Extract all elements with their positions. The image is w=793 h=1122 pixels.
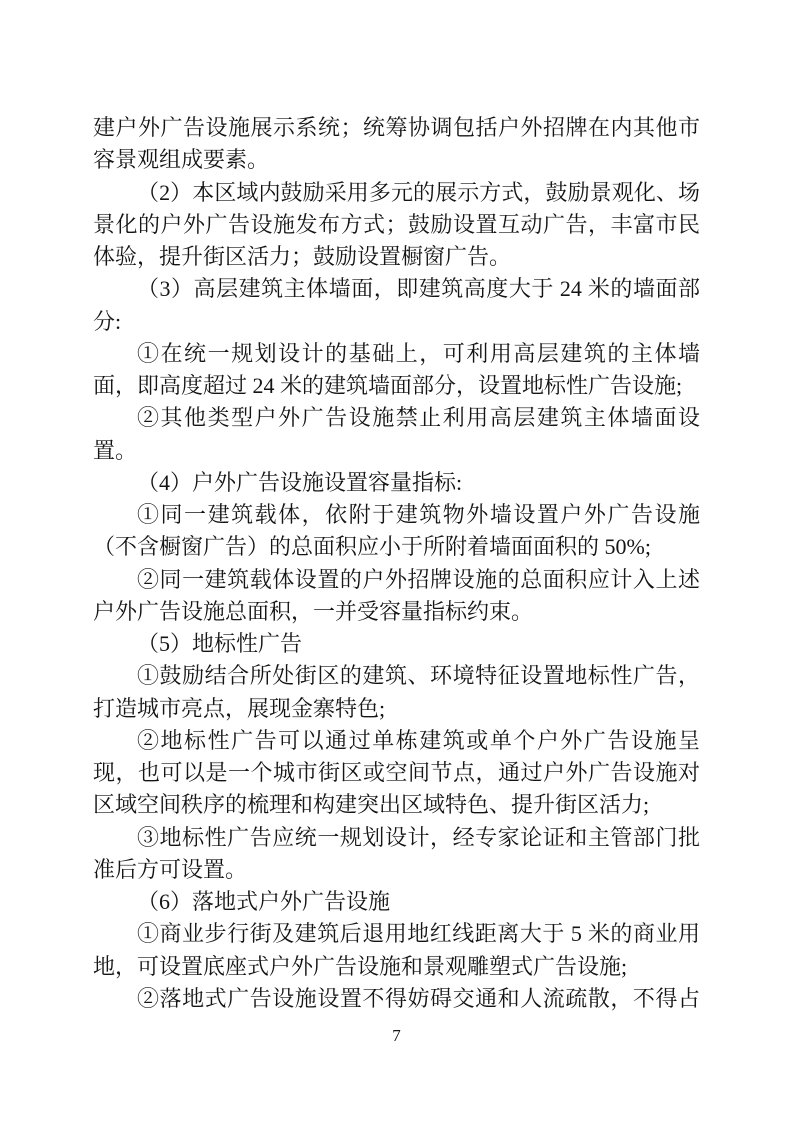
text-line: （3）高层建筑主体墙面，即建筑高度大于 24 米的墙面部 [93,273,700,305]
text-line: ①同一建筑载体，依附于建筑物外墙设置户外广告设施 [93,499,700,531]
text-line: 景化的户外广告设施发布方式；鼓励设置互动广告，丰富市民 [93,209,700,241]
text-line: 面，即高度超过 24 米的建筑墙面部分，设置地标性广告设施; [93,370,700,402]
text-line: 建户外广告设施展示系统；统筹协调包括户外招牌在内其他市 [93,112,700,144]
document-body: 建户外广告设施展示系统；统筹协调包括户外招牌在内其他市容景观组成要素。（2）本区… [93,112,700,1015]
text-line: 地，可设置底座式户外广告设施和景观雕塑式广告设施; [93,951,700,983]
text-line: ②同一建筑载体设置的户外招牌设施的总面积应计入上述 [93,564,700,596]
text-line: （不含橱窗广告）的总面积应小于所附着墙面面积的 50%; [93,531,700,563]
text-line: ①商业步行街及建筑后退用地红线距离大于 5 米的商业用 [93,918,700,950]
text-line: ①鼓励结合所处街区的建筑、环境特征设置地标性广告， [93,660,700,692]
text-line: 户外广告设施总面积，一并受容量指标约束。 [93,596,700,628]
text-line: （2）本区域内鼓励采用多元的展示方式，鼓励景观化、场 [93,177,700,209]
page-number: 7 [0,1024,793,1048]
text-line: （6）落地式户外广告设施 [93,886,700,918]
text-line: 容景观组成要素。 [93,144,700,176]
document-page: 建户外广告设施展示系统；统筹协调包括户外招牌在内其他市容景观组成要素。（2）本区… [0,0,793,1122]
text-line: ①在统一规划设计的基础上，可利用高层建筑的主体墙 [93,338,700,370]
text-line: 分: [93,306,700,338]
text-line: ②其他类型户外广告设施禁止利用高层建筑主体墙面设 [93,402,700,434]
text-line: ②地标性广告可以通过单栋建筑或单个户外广告设施呈 [93,725,700,757]
text-line: 区域空间秩序的梳理和构建突出区域特色、提升街区活力; [93,789,700,821]
text-line: 体验，提升街区活力；鼓励设置橱窗广告。 [93,241,700,273]
text-line: 置。 [93,435,700,467]
text-line: ③地标性广告应统一规划设计，经专家论证和主管部门批 [93,822,700,854]
text-line: ②落地式广告设施设置不得妨碍交通和人流疏散，不得占 [93,983,700,1015]
text-line: 准后方可设置。 [93,854,700,886]
text-line: （4）户外广告设施设置容量指标: [93,467,700,499]
text-line: 现，也可以是一个城市街区或空间节点，通过户外广告设施对 [93,757,700,789]
text-line: （5）地标性广告 [93,628,700,660]
text-line: 打造城市亮点，展现金寨特色; [93,693,700,725]
